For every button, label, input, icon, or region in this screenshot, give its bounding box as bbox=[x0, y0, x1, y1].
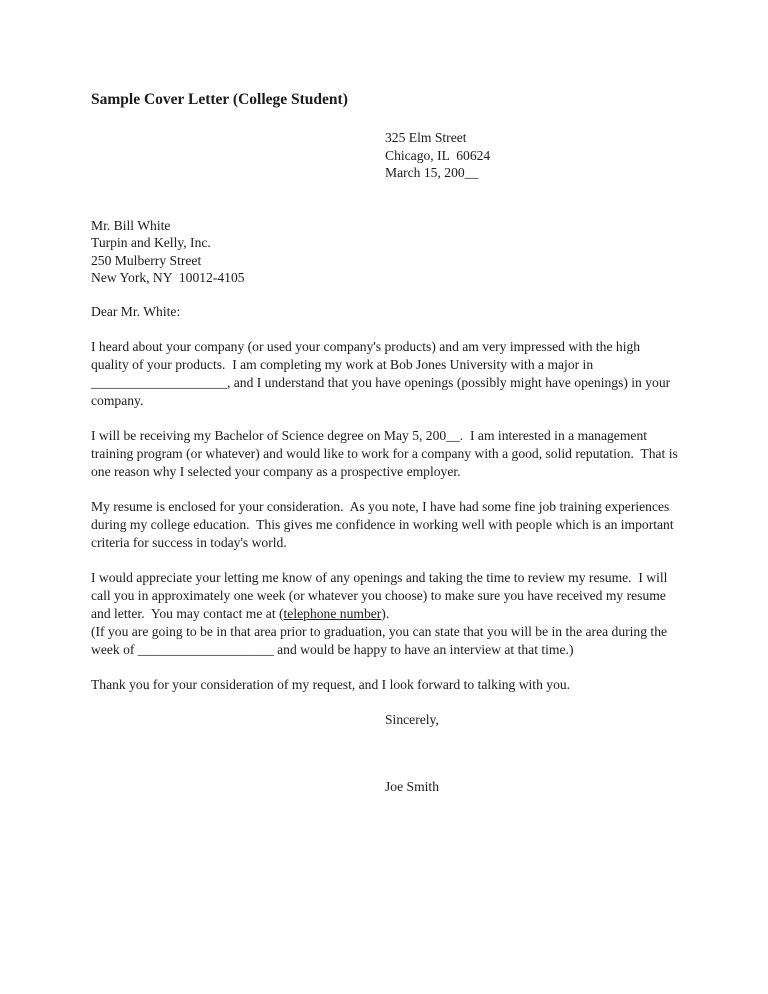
closing: Sincerely, bbox=[385, 711, 680, 729]
cover-letter-page: Sample Cover Letter (College Student) 32… bbox=[0, 0, 768, 994]
recipient-city-line: New York, NY 10012-4105 bbox=[91, 269, 680, 287]
recipient-name: Mr. Bill White bbox=[91, 217, 680, 235]
paragraph-intro: I heard about your company (or used your… bbox=[91, 338, 680, 410]
sender-street: 325 Elm Street bbox=[385, 129, 680, 147]
paragraph-degree: I will be receiving my Bachelor of Scien… bbox=[91, 427, 680, 481]
letter-date: March 15, 200__ bbox=[385, 164, 680, 182]
interview-note: (If you are going to be in that area pri… bbox=[91, 624, 670, 657]
paragraph-resume: My resume is enclosed for your considera… bbox=[91, 498, 680, 552]
telephone-number-placeholder: telephone number bbox=[284, 606, 382, 621]
sender-address-block: 325 Elm Street Chicago, IL 60624 March 1… bbox=[385, 129, 680, 182]
recipient-company: Turpin and Kelly, Inc. bbox=[91, 234, 680, 252]
page-title: Sample Cover Letter (College Student) bbox=[91, 90, 680, 110]
paragraph-thank-you: Thank you for your consideration of my r… bbox=[91, 676, 680, 694]
signature-name: Joe Smith bbox=[385, 778, 680, 796]
follow-up-text-end: ). bbox=[381, 606, 389, 621]
sender-city-line: Chicago, IL 60624 bbox=[385, 147, 680, 165]
recipient-address-block: Mr. Bill White Turpin and Kelly, Inc. 25… bbox=[91, 217, 680, 287]
salutation: Dear Mr. White: bbox=[91, 303, 680, 321]
recipient-street: 250 Mulberry Street bbox=[91, 252, 680, 270]
paragraph-follow-up: I would appreciate your letting me know … bbox=[91, 569, 680, 659]
